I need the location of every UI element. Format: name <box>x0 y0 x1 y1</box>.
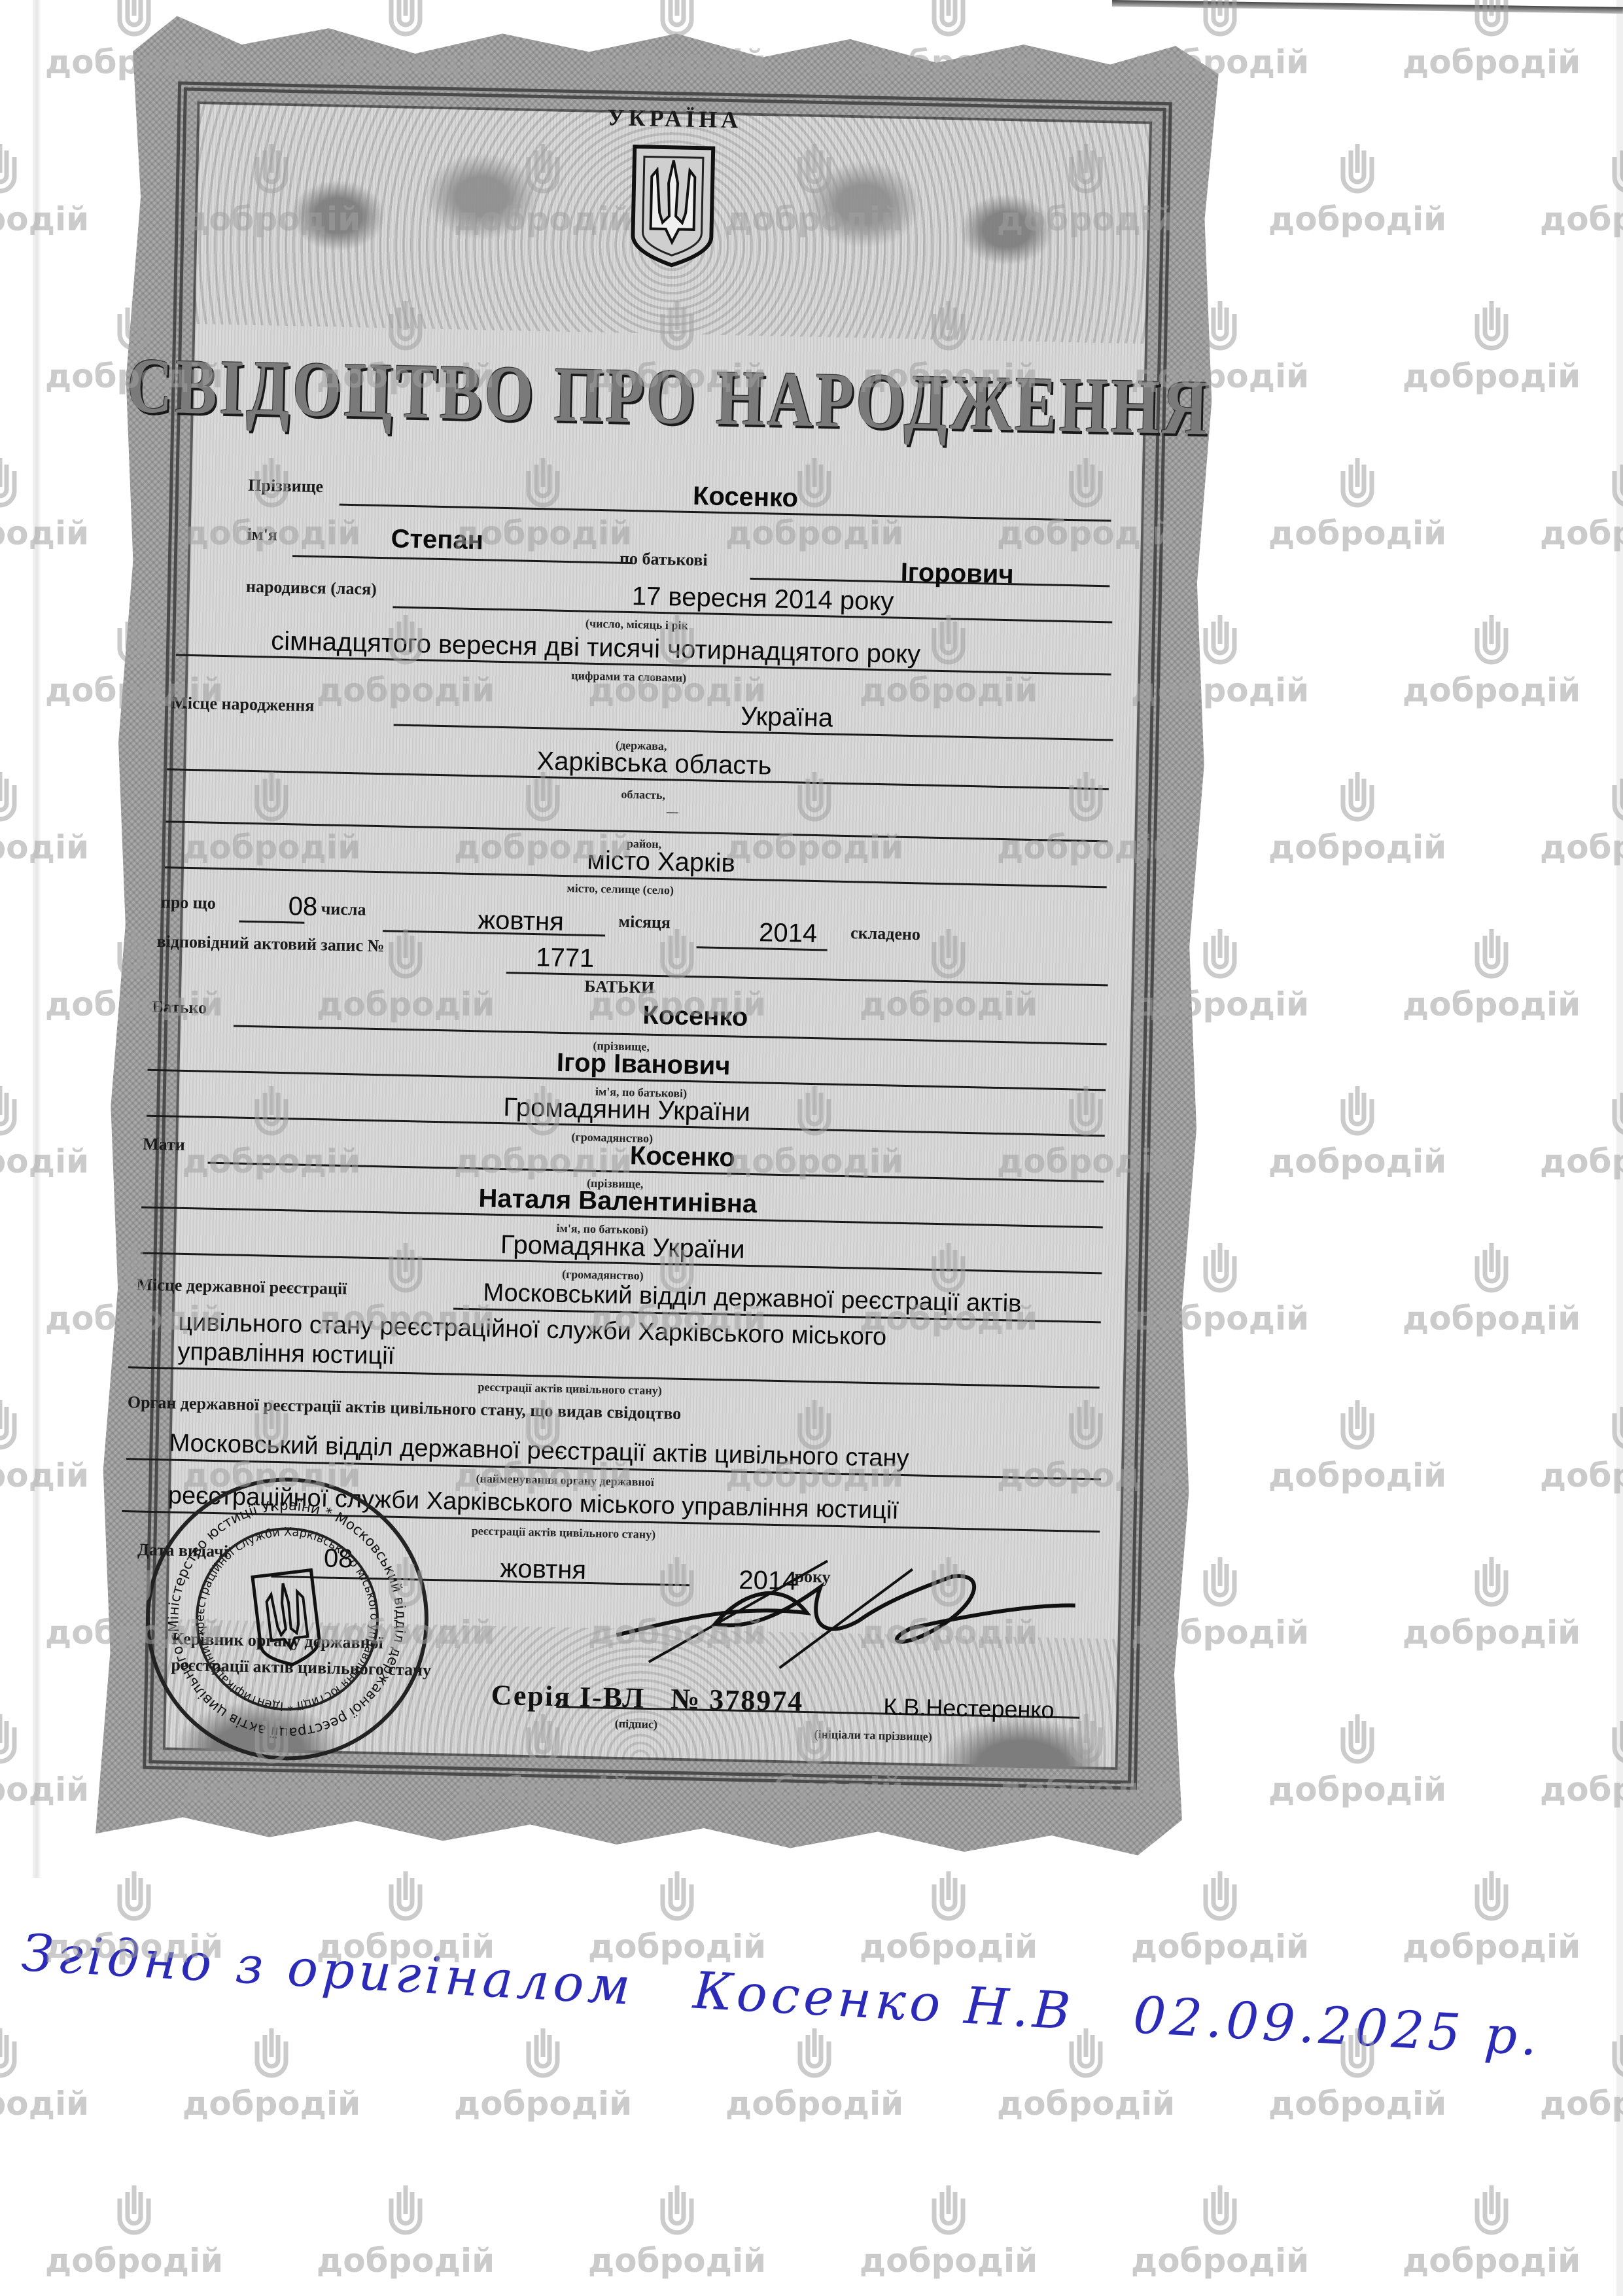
watermark: добродій <box>1259 1086 1456 1178</box>
watermark-text: добродій <box>1393 1302 1590 1335</box>
dobrodiy-logo-icon <box>1200 1871 1240 1924</box>
birthplace-region-hint: область, <box>621 788 665 802</box>
signature-hint: (підпис) <box>615 1717 658 1731</box>
birth-date-words-hint: цифрами та словами) <box>571 669 686 685</box>
watermark-text: добродій <box>1531 517 1623 550</box>
dobrodiy-logo-icon <box>1338 1400 1377 1453</box>
watermark: добродій <box>1259 144 1456 236</box>
record-year-label: складено <box>850 923 920 944</box>
record-year-value: 2014 <box>759 918 818 949</box>
dobrodiy-logo-icon <box>0 1086 20 1139</box>
dobrodiy-logo-icon <box>929 2185 968 2238</box>
dobrodiy-logo-icon <box>1200 1243 1240 1296</box>
certificate-number: 378974 <box>709 1684 804 1718</box>
dobrodiy-logo-icon <box>1200 929 1240 981</box>
dobrodiy-logo-icon <box>1338 458 1377 510</box>
dobrodiy-logo-icon <box>1200 1557 1240 1610</box>
name-label: ім'я <box>247 525 277 545</box>
official-name: К.В.Нестеренко <box>883 1693 1055 1723</box>
watermark-text: добродій <box>1259 517 1456 550</box>
watermark-text: добродій <box>0 2087 98 2120</box>
watermark: добродій <box>1393 1871 1590 1963</box>
surname-value: Косенко <box>693 482 799 513</box>
mother-label: Мати <box>143 1135 185 1155</box>
born-label: народився (лася) <box>246 577 377 599</box>
watermark: добродій <box>1393 301 1590 393</box>
watermark-text: добродій <box>307 2244 504 2277</box>
watermark: добродій <box>1122 1871 1318 1963</box>
dobrodiy-logo-icon <box>1472 1871 1511 1924</box>
watermark: добродій <box>850 1871 1047 1963</box>
dobrodiy-logo-icon <box>114 2185 154 2238</box>
watermark: добродій <box>579 2185 775 2277</box>
watermark: добродій <box>1531 1086 1623 1178</box>
certifier-name: Косенко Н.В <box>691 1962 1075 2041</box>
dobrodiy-logo-icon <box>0 458 20 510</box>
dobrodiy-logo-icon <box>1338 1086 1377 1139</box>
dobrodiy-logo-icon <box>1200 2185 1240 2238</box>
watermark-text: добродій <box>1393 2244 1590 2277</box>
record-number-value: 1771 <box>536 943 595 974</box>
dobrodiy-logo-icon <box>929 1871 968 1924</box>
scan-edge <box>33 0 41 1878</box>
scan-shadow <box>1112 0 1623 14</box>
watermark: добродій <box>1531 458 1623 550</box>
surname-label: Прізвище <box>248 476 323 497</box>
watermark-text: добродій <box>36 2244 232 2277</box>
watermark-text: добродій <box>579 2244 775 2277</box>
mother-surname-value: Косенко <box>629 1141 735 1173</box>
birthplace-district-value: — <box>667 805 678 819</box>
watermark: добродій <box>850 2185 1047 2277</box>
certified-copy-text: Згідно з оригіналом <box>20 1924 636 2017</box>
certified-copy-note: Згідно з оригіналом Косенко Н.В 02.09.20… <box>16 1924 1616 2144</box>
watermark-text: добродій <box>1393 1930 1590 1963</box>
trident-icon <box>249 1566 325 1672</box>
watermark-text: добродій <box>0 517 98 550</box>
dobrodiy-logo-icon <box>114 1871 154 1924</box>
record-prefix: про що <box>161 892 217 913</box>
patronymic-label: по батькові <box>620 549 708 571</box>
scan-edge <box>1616 0 1623 2296</box>
dobrodiy-logo-icon <box>657 1871 697 1924</box>
watermark-text: добродій <box>0 203 98 236</box>
trident-coat-of-arms-icon <box>629 143 716 270</box>
issue-month-value: жовтня <box>500 1554 586 1585</box>
dobrodiy-logo-icon <box>1472 2185 1511 2238</box>
watermark-text: добродій <box>1393 46 1590 79</box>
dobrodiy-logo-icon <box>1338 772 1377 824</box>
official-hint: (ініціали та прізвище) <box>814 1727 932 1744</box>
watermark-text: добродій <box>1531 1773 1623 1806</box>
certificate-series: Серія I-ВЛ № 378974 <box>491 1678 804 1718</box>
birthplace-region-value: Харківська область <box>536 747 772 781</box>
dobrodiy-logo-icon <box>1338 144 1377 196</box>
father-surname-value: Косенко <box>642 1001 748 1033</box>
dobrodiy-logo-icon <box>386 2185 425 2238</box>
watermark: добродій <box>0 1400 98 1492</box>
watermark-text: добродій <box>1259 203 1456 236</box>
father-name-value: Ігор Іванович <box>556 1048 731 1082</box>
watermark-text: добродій <box>1531 1459 1623 1492</box>
mother-citizenship-value: Громадянка України <box>500 1230 746 1265</box>
watermark-text: добродій <box>1122 2244 1318 2277</box>
dobrodiy-logo-icon <box>1472 615 1511 667</box>
watermark-text: добродій <box>1259 1459 1456 1492</box>
watermark-text: добродій <box>0 1145 98 1178</box>
watermark-text: добродій <box>0 1459 98 1492</box>
mother-name-value: Наталя Валентинівна <box>478 1184 758 1219</box>
record-day-label: числа <box>321 899 366 919</box>
watermark-text: добродій <box>1531 1145 1623 1178</box>
parents-heading: БАТЬКИ <box>584 977 655 998</box>
dobrodiy-logo-icon <box>1472 1557 1511 1610</box>
registration-place-line3: управління юстиції <box>177 1338 395 1371</box>
father-label: Батько <box>152 997 207 1018</box>
dobrodiy-logo-icon <box>657 2185 697 2238</box>
watermark: добродій <box>1393 929 1590 1021</box>
record-day-value: 08 <box>288 892 317 922</box>
dobrodiy-logo-icon <box>1472 301 1511 353</box>
watermark-text: добродій <box>1531 831 1623 864</box>
watermark: добродій <box>0 458 98 550</box>
watermark: добродій <box>0 1714 98 1806</box>
watermark: добродій <box>1122 2185 1318 2277</box>
certification-date: 02.09.2025 р. <box>1132 1986 1543 2068</box>
official-signature-icon <box>610 1537 1083 1678</box>
watermark-text: добродій <box>1122 1930 1318 1963</box>
record-month-label: місяця <box>618 912 671 933</box>
watermark-text: добродій <box>1393 988 1590 1021</box>
watermark: добродій <box>1531 1400 1623 1492</box>
watermark-text: добродій <box>1259 1145 1456 1178</box>
dobrodiy-logo-icon <box>386 1871 425 1924</box>
watermark-text: добродій <box>850 2244 1047 2277</box>
birthplace-city-hint: місто, селище (село) <box>567 881 674 897</box>
watermark: добродій <box>1259 1400 1456 1492</box>
watermark: добродій <box>1259 772 1456 864</box>
dobrodiy-logo-icon <box>0 772 20 824</box>
watermark: добродій <box>307 2185 504 2277</box>
watermark-text: добродій <box>173 2087 370 2120</box>
watermark: добродій <box>0 144 98 236</box>
watermark-text: добродій <box>1531 203 1623 236</box>
watermark: добродій <box>1393 1243 1590 1335</box>
watermark: добродій <box>1531 772 1623 864</box>
birth-date-value: 17 вересня 2014 року <box>631 582 894 616</box>
official-stamp: Міністерство юстиції України * Московськ… <box>130 1462 444 1776</box>
watermark: добродій <box>1393 2185 1590 2277</box>
watermark-text: добродій <box>1393 360 1590 393</box>
birthplace-city-value: місто Харків <box>587 846 735 879</box>
watermark: добродій <box>0 772 98 864</box>
watermark: добродій <box>1393 1557 1590 1649</box>
number-label: № <box>671 1683 701 1716</box>
name-value: Степан <box>391 524 483 556</box>
watermark-text: добродій <box>0 831 98 864</box>
dobrodiy-logo-icon <box>0 1714 20 1767</box>
watermark: добродій <box>1531 1714 1623 1806</box>
watermark: добродій <box>0 1086 98 1178</box>
watermark: добродій <box>1259 1714 1456 1806</box>
birthplace-country-value: Україна <box>741 702 833 733</box>
watermark: добродій <box>36 2185 232 2277</box>
birth-date-hint: (число, місяць і рік <box>585 617 688 633</box>
dobrodiy-logo-icon <box>1472 929 1511 981</box>
series-label: Серія I-ВЛ <box>491 1679 646 1714</box>
watermark: добродій <box>1393 615 1590 707</box>
watermark: добродій <box>579 1871 775 1963</box>
watermark-text: добродій <box>0 1773 98 1806</box>
dobrodiy-logo-icon <box>1472 1243 1511 1296</box>
patronymic-value: Ігорович <box>900 558 1014 590</box>
watermark: добродій <box>1531 144 1623 236</box>
watermark: добродій <box>1259 458 1456 550</box>
watermark-text: добродій <box>1393 674 1590 707</box>
birthplace-label: Місце народження <box>171 693 315 716</box>
watermark-text: добродій <box>1259 1773 1456 1806</box>
dobrodiy-logo-icon <box>0 144 20 196</box>
watermark-text: добродій <box>1259 831 1456 864</box>
watermark-text: добродій <box>445 2087 641 2120</box>
record-month-value: жовтня <box>478 906 564 937</box>
dobrodiy-logo-icon <box>0 1400 20 1453</box>
dobrodiy-logo-icon <box>1338 1714 1377 1767</box>
watermark-text: добродій <box>1393 1616 1590 1649</box>
father-citizenship-value: Громадянин України <box>503 1093 750 1127</box>
birth-certificate: УКРАЇНА СВІДОЦТВО ПРО НАРОДЖЕННЯ Прізвищ… <box>96 15 1219 1856</box>
watermark-text: добродій <box>850 1930 1047 1963</box>
